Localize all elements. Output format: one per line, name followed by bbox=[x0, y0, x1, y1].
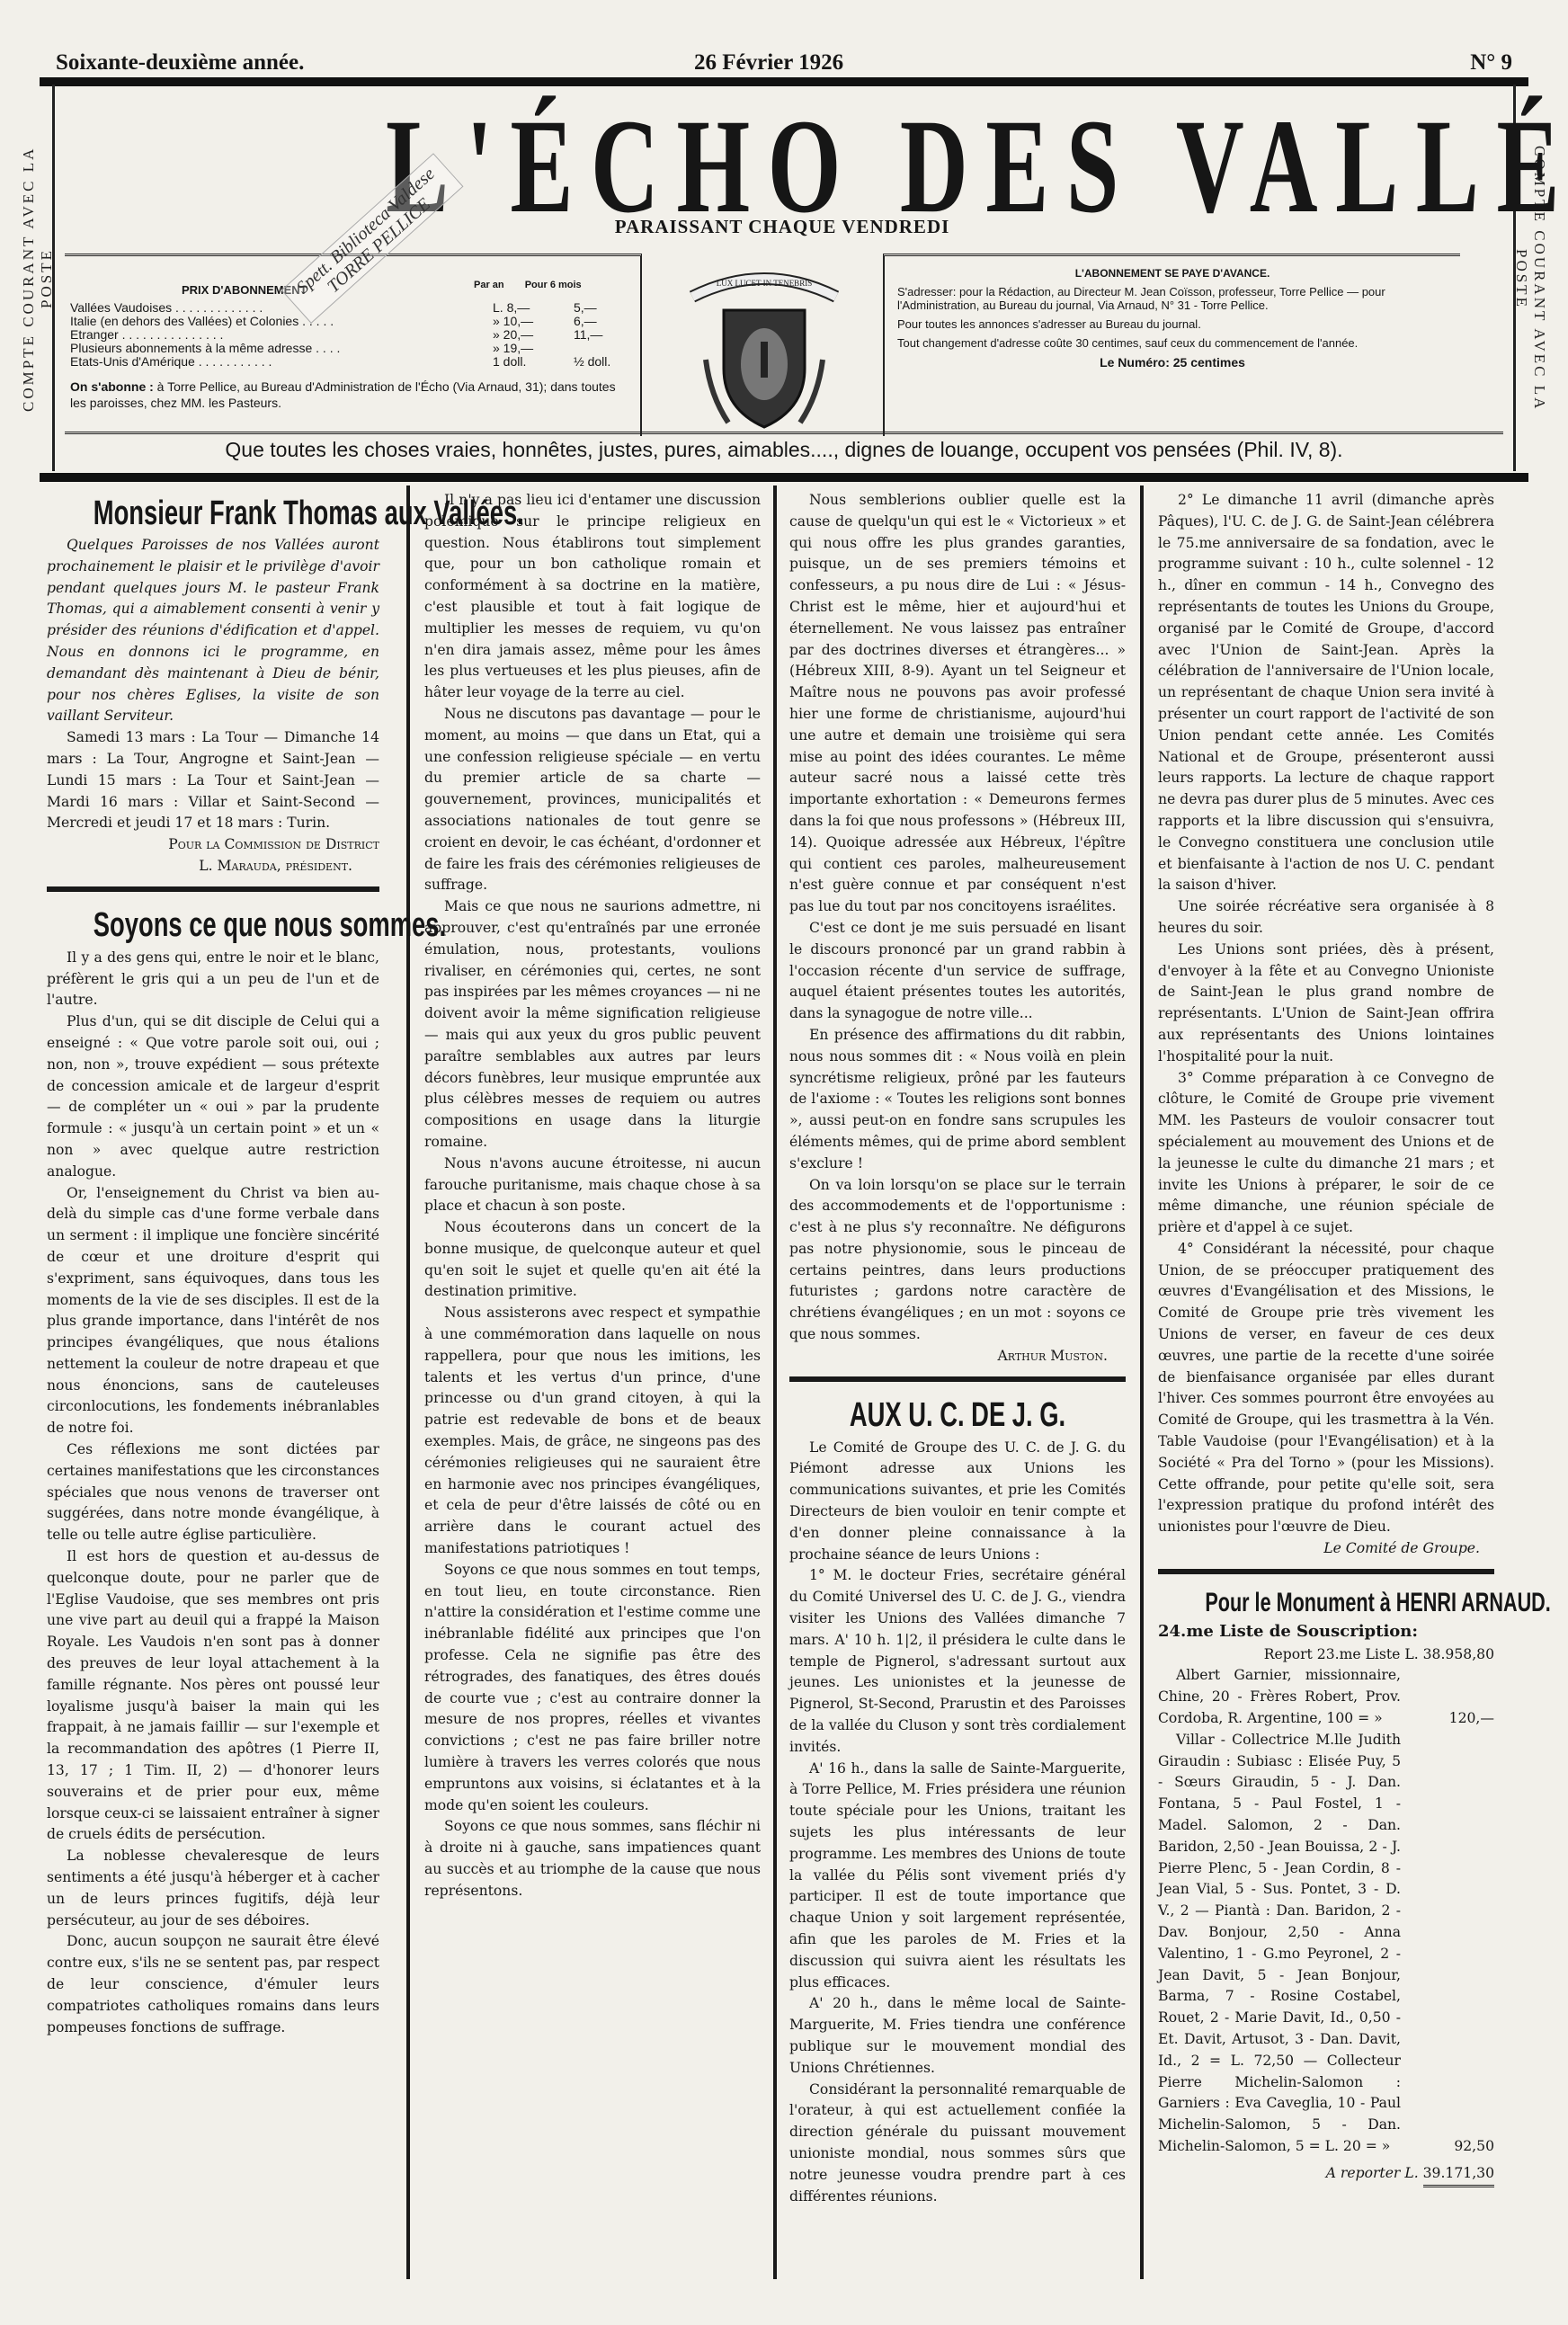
article-paragraph: Il y a des gens qui, entre le noir et le… bbox=[47, 948, 379, 1011]
subscription-row: Italie (en dehors des Vallées) et Coloni… bbox=[70, 315, 628, 328]
administration-address: S'adresser: pour la Rédaction, au Direct… bbox=[897, 285, 1451, 312]
column-divider bbox=[406, 485, 410, 2279]
article-separator bbox=[47, 886, 379, 892]
article-paragraph: Nous écouterons dans un concert de la bo… bbox=[424, 1217, 761, 1303]
signature: Arthur Muston. bbox=[789, 1346, 1126, 1367]
issue-date: 26 Février 1926 bbox=[694, 50, 843, 76]
article-title-arnaud: Pour le Monument à HENRI ARNAUD. bbox=[1205, 1587, 1447, 1619]
article-paragraph: Samedi 13 mars : La Tour — Dimanche 14 m… bbox=[47, 727, 379, 834]
subscription-note: On s'abonne : à Torre Pellice, au Bureau… bbox=[70, 379, 628, 411]
subscription-row: Plusieurs abonnements à la même adresse … bbox=[70, 342, 628, 355]
article-paragraph: Soyons ce que nous sommes en tout temps,… bbox=[424, 1560, 761, 1817]
motto: Que toutes les choses vraies, honnêtes, … bbox=[65, 438, 1503, 462]
article-paragraph: Nous assisterons avec respect et sympath… bbox=[424, 1303, 761, 1560]
subscription-row: Etats-Unis d'Amérique . . . . . . . . . … bbox=[70, 355, 628, 369]
article-paragraph: 3° Comme préparation à ce Convegno de cl… bbox=[1158, 1068, 1494, 1239]
article-paragraph: Il est hors de question et au-dessus de … bbox=[47, 1546, 379, 1846]
article-paragraph: En présence des affirmations du dit rabb… bbox=[789, 1025, 1126, 1175]
signature: L. Marauda, président. bbox=[47, 856, 379, 877]
article-paragraph: Donc, aucun soupçon ne saurait être élev… bbox=[47, 1931, 379, 2038]
article-paragraph: Soyons ce que nous sommes, sans fléchir … bbox=[424, 1816, 761, 1902]
subscription-list-title: 24.me Liste de Souscription: bbox=[1158, 1621, 1494, 1643]
waldensian-emblem-icon: LUX LUCET IN TENEBRIS bbox=[674, 261, 854, 441]
article-separator bbox=[1158, 1569, 1494, 1574]
article-title-frank-thomas: Monsieur Frank Thomas aux Vallées. bbox=[94, 494, 333, 533]
article-paragraph: A' 16 h., dans la salle de Sainte-Margue… bbox=[789, 1759, 1126, 1994]
article-title-soyons: Soyons ce que nous sommes. bbox=[94, 904, 333, 946]
article-paragraph: Plus d'un, qui se dit disciple de Celui … bbox=[47, 1011, 379, 1182]
article-paragraph: Il n'y a pas lieu ici d'entamer une disc… bbox=[424, 490, 761, 704]
newspaper-page: Soixante-deuxième année. 26 Février 1926… bbox=[0, 0, 1568, 2325]
column-3: Nous semblerions oublier quelle est la c… bbox=[789, 490, 1126, 2207]
subscription-columns: Par an Pour 6 mois bbox=[474, 280, 600, 290]
article-paragraph: A' 20 h., dans le même local de Sainte-M… bbox=[789, 1993, 1126, 2079]
col-half: Pour 6 mois bbox=[525, 280, 582, 290]
report-line: Report 23.me Liste L. 38.958,80 bbox=[1158, 1644, 1494, 1666]
administration-ads: Pour toutes les annonces s'adresser au B… bbox=[897, 317, 1451, 331]
article-paragraph: Ces réflexions me sont dictées par certa… bbox=[47, 1439, 379, 1546]
side-label-left: COMPTE COURANT AVEC LA POSTE bbox=[20, 126, 47, 432]
administration-address-change: Tout changement d'adresse coûte 30 centi… bbox=[897, 336, 1451, 350]
administration-title: L'ABONNEMENT SE PAYE D'AVANCE. bbox=[885, 267, 1460, 280]
subscription-row: Vallées Vaudoises . . . . . . . . . . . … bbox=[70, 301, 628, 315]
col-year: Par an bbox=[474, 280, 504, 290]
article-paragraph: Or, l'enseignement du Christ va bien au-… bbox=[47, 1183, 379, 1440]
signature: Pour la Commission de District bbox=[47, 834, 379, 856]
article-paragraph: 1° M. le docteur Fries, secrétaire génér… bbox=[789, 1565, 1126, 1758]
administration-box: L'ABONNEMENT SE PAYE D'AVANCE. S'adresse… bbox=[883, 254, 1460, 436]
article-paragraph: Les Unions sont priées, dès à présent, d… bbox=[1158, 940, 1494, 1068]
issue-number: N° 9 bbox=[1470, 50, 1512, 76]
article-paragraph: Considérant la personnalité remarquable … bbox=[789, 2080, 1126, 2208]
motto-rule bbox=[65, 432, 1503, 438]
article-paragraph: Quelques Paroisses de nos Vallées auront… bbox=[47, 535, 379, 727]
column-divider bbox=[773, 485, 777, 2279]
newspaper-subtitle: PARAISSANT CHAQUE VENDREDI bbox=[557, 216, 1007, 238]
article-paragraph: Une soirée récréative sera organisée à 8… bbox=[1158, 896, 1494, 940]
issue-price: Le Numéro: 25 centimes bbox=[885, 355, 1460, 370]
article-paragraph: Le Comité de Groupe des U. C. de J. G. d… bbox=[789, 1438, 1126, 1566]
masthead-bottom-rule bbox=[40, 473, 1528, 482]
emblem-motto: LUX LUCET IN TENEBRIS bbox=[717, 279, 812, 288]
column-1: Monsieur Frank Thomas aux Vallées. Quelq… bbox=[47, 490, 379, 2038]
signature: Le Comité de Groupe. bbox=[1158, 1538, 1494, 1560]
year-label: Soixante-deuxième année. bbox=[56, 50, 304, 76]
article-paragraph: La noblesse chevaleresque de leurs senti… bbox=[47, 1846, 379, 1931]
article-separator bbox=[789, 1376, 1126, 1382]
article-paragraph: Nous ne discutons pas davantage — pour l… bbox=[424, 704, 761, 896]
issue-line: Soixante-deuxième année. 26 Février 1926… bbox=[56, 50, 1512, 74]
column-divider bbox=[1140, 485, 1144, 2279]
article-paragraph: Mais ce que nous ne saurions admettre, n… bbox=[424, 896, 761, 1154]
article-title-ucjg: AUX U. C. DE J. G. bbox=[836, 1394, 1078, 1436]
total-line: A reporter L. 39.171,30 bbox=[1158, 2163, 1494, 2187]
donation-entry: Villar - Collectrice M.lle Judith Giraud… bbox=[1158, 1730, 1494, 2158]
donation-entry: Albert Garnier, missionnaire, Chine, 20 … bbox=[1158, 1665, 1494, 1729]
subscription-row: Etranger . . . . . . . . . . . . . . .» … bbox=[70, 328, 628, 342]
article-paragraph: Nous semblerions oublier quelle est la c… bbox=[789, 490, 1126, 918]
column-2: Il n'y a pas lieu ici d'entamer une disc… bbox=[424, 490, 761, 1902]
article-paragraph: On va loin lorsqu'on se place sur le ter… bbox=[789, 1175, 1126, 1346]
article-paragraph: 4° Considérant la nécessité, pour chaque… bbox=[1158, 1239, 1494, 1538]
article-paragraph: Nous n'avons aucune étroitesse, ni aucun… bbox=[424, 1154, 761, 1217]
subscription-rows: Vallées Vaudoises . . . . . . . . . . . … bbox=[70, 301, 628, 369]
article-paragraph: 2° Le dimanche 11 avril (dimanche après … bbox=[1158, 490, 1494, 896]
column-4: 2° Le dimanche 11 avril (dimanche après … bbox=[1158, 490, 1494, 2187]
article-paragraph: C'est ce dont je me suis persuadé en lis… bbox=[789, 918, 1126, 1025]
